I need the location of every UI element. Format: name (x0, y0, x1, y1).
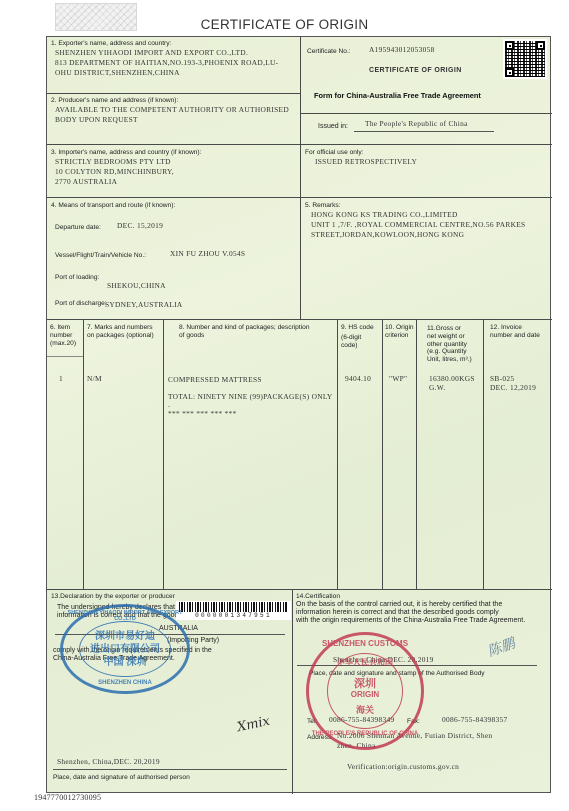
customs-stamp: SHENZHEN CUSTOMS 中华人民共和国 深圳 ORIGIN 海关 TH… (306, 632, 424, 750)
port-discharge: SYDNEY,AUSTRALIA (105, 300, 183, 311)
importer-address-2: 2770 AUSTRALIA (55, 177, 117, 188)
producer-line-1: AVAILABLE TO THE COMPETENT AUTHORITY OR … (55, 105, 289, 116)
box4-label: 4. Means of transport and route (if know… (51, 202, 175, 210)
top-divider (300, 37, 301, 319)
issued-in-underline (354, 131, 494, 132)
invoice-date: DEC. 12,2019 (490, 383, 536, 394)
barcode-number: 0000001347951 (176, 612, 291, 619)
exporter-address-1: 813 DEPARTMENT OF HAITIAN,NO.193-3,PHOEN… (55, 58, 278, 69)
port-loading: SHEKOU,CHINA (107, 281, 166, 292)
certification-text-3: with the origin requirements of the Chin… (296, 617, 525, 625)
departure-date-label: Departure date: (55, 224, 101, 232)
divider-table-bottom (47, 589, 552, 590)
exporter-address-2: OHU DISTRICT,SHENZHEN,CHINA (55, 68, 180, 79)
bottom-divider (292, 589, 293, 794)
certificate-no: A195943012053058 (369, 45, 435, 56)
remarks-line-1: HONG KONG KS TRADING CO.,LIMITED (311, 210, 458, 221)
remarks-line-2: UNIT 1 ,7/F. ,ROYAL COMMERCIAL CENTRE,NO… (311, 220, 525, 231)
form-subtitle: Form for China-Australia Free Trade Agre… (314, 92, 481, 100)
col-line (483, 319, 484, 589)
certification-text-2: information herein is correct and that t… (296, 609, 499, 617)
box1-label: 1. Exporter's name, address and country: (51, 40, 171, 48)
hs-code: 9404.10 (345, 374, 371, 385)
certificate-no-label: Certificate No.: (307, 48, 351, 56)
official-use-label: For official use only: (305, 149, 364, 157)
goods-total: TOTAL: NINETY NINE (99)PACKAGE(S) ONLY (168, 392, 333, 403)
exporter-signature: Xmix (236, 714, 271, 736)
issued-in: The People's Republic of China (365, 119, 468, 130)
company-stamp: SHENZHEN YIHAODI IMPORT AND EXPORT CO.,L… (60, 604, 190, 694)
origin-criterion: "WP" (389, 374, 407, 385)
verification-url: Verification:origin.customs.gov.cn (347, 762, 459, 773)
vessel-value: XIN FU ZHOU V.054S (170, 249, 245, 260)
importer-address-1: 10 COLYTON RD,MINCHINBURY, (55, 167, 174, 178)
divider-2-3 (47, 144, 552, 145)
importer-name: STRICTLY BEDROOMS PTY LTD (55, 157, 171, 168)
box5-label: 5. Remarks: (305, 202, 341, 210)
producer-line-2: BODY UPON REQUEST (55, 115, 138, 126)
remarks-line-3: STREET,JORDAN,KOWLOON,HONG KONG (311, 230, 464, 241)
col-line (83, 319, 84, 589)
qr-code-icon (503, 39, 547, 79)
document-title: CERTIFICATE OF ORIGIN (0, 17, 569, 32)
box13-label: 13.Declaration by the exporter or produc… (51, 593, 175, 601)
box2-label: 2. Producer's name and address (if known… (51, 97, 178, 105)
fax-value: 0086-755-84398357 (442, 715, 507, 726)
item-number: 1 (59, 374, 63, 385)
certification-text-1: On the basis of the control carried out,… (296, 601, 502, 609)
serial-number: 1947770012730095 (34, 793, 101, 802)
marks: N/M (87, 374, 102, 385)
barcode-bars-icon (179, 602, 288, 612)
divider-3-4 (47, 197, 552, 198)
divider-1-2 (47, 93, 300, 94)
item-header-line (47, 356, 83, 357)
declaration-place-date: Shenzhen, China,DEC. 20,2019 (57, 757, 160, 768)
vessel-label: Vessel/Flight/Train/Vehicle No.: (55, 252, 146, 260)
col-line (337, 319, 338, 589)
port-discharge-label: Port of discharge: (55, 300, 107, 308)
official-use-value: ISSUED RETROSPECTIVELY (315, 157, 417, 168)
col-line (416, 319, 417, 589)
port-loading-label: Port of loading: (55, 274, 99, 282)
place-date-underline (53, 769, 287, 770)
issued-in-label: Issued in: (318, 123, 348, 131)
official-signature: 陈鹏 (484, 633, 517, 661)
goods-stars: *** *** *** *** *** (168, 409, 237, 420)
col-line (163, 319, 164, 589)
exporter-name: SHENZHEN YIHAODI IMPORT AND EXPORT CO.,L… (55, 48, 248, 59)
departure-date: DEC. 15,2019 (117, 221, 163, 232)
weight-type: G.W. (429, 383, 446, 394)
barcode: 0000001347951 (176, 601, 291, 620)
form-title: CERTIFICATE OF ORIGIN (369, 67, 462, 75)
declaration-footer-label: Place, date and signature of authorised … (53, 774, 190, 782)
col-line (382, 319, 383, 589)
divider-form (300, 113, 552, 114)
goods-description: COMPRESSED MATTRESS (168, 375, 262, 386)
divider-4-6 (47, 319, 552, 320)
box14-label: 14.Certification (296, 593, 340, 601)
box3-label: 3. Importer's name, address and country … (51, 149, 201, 157)
